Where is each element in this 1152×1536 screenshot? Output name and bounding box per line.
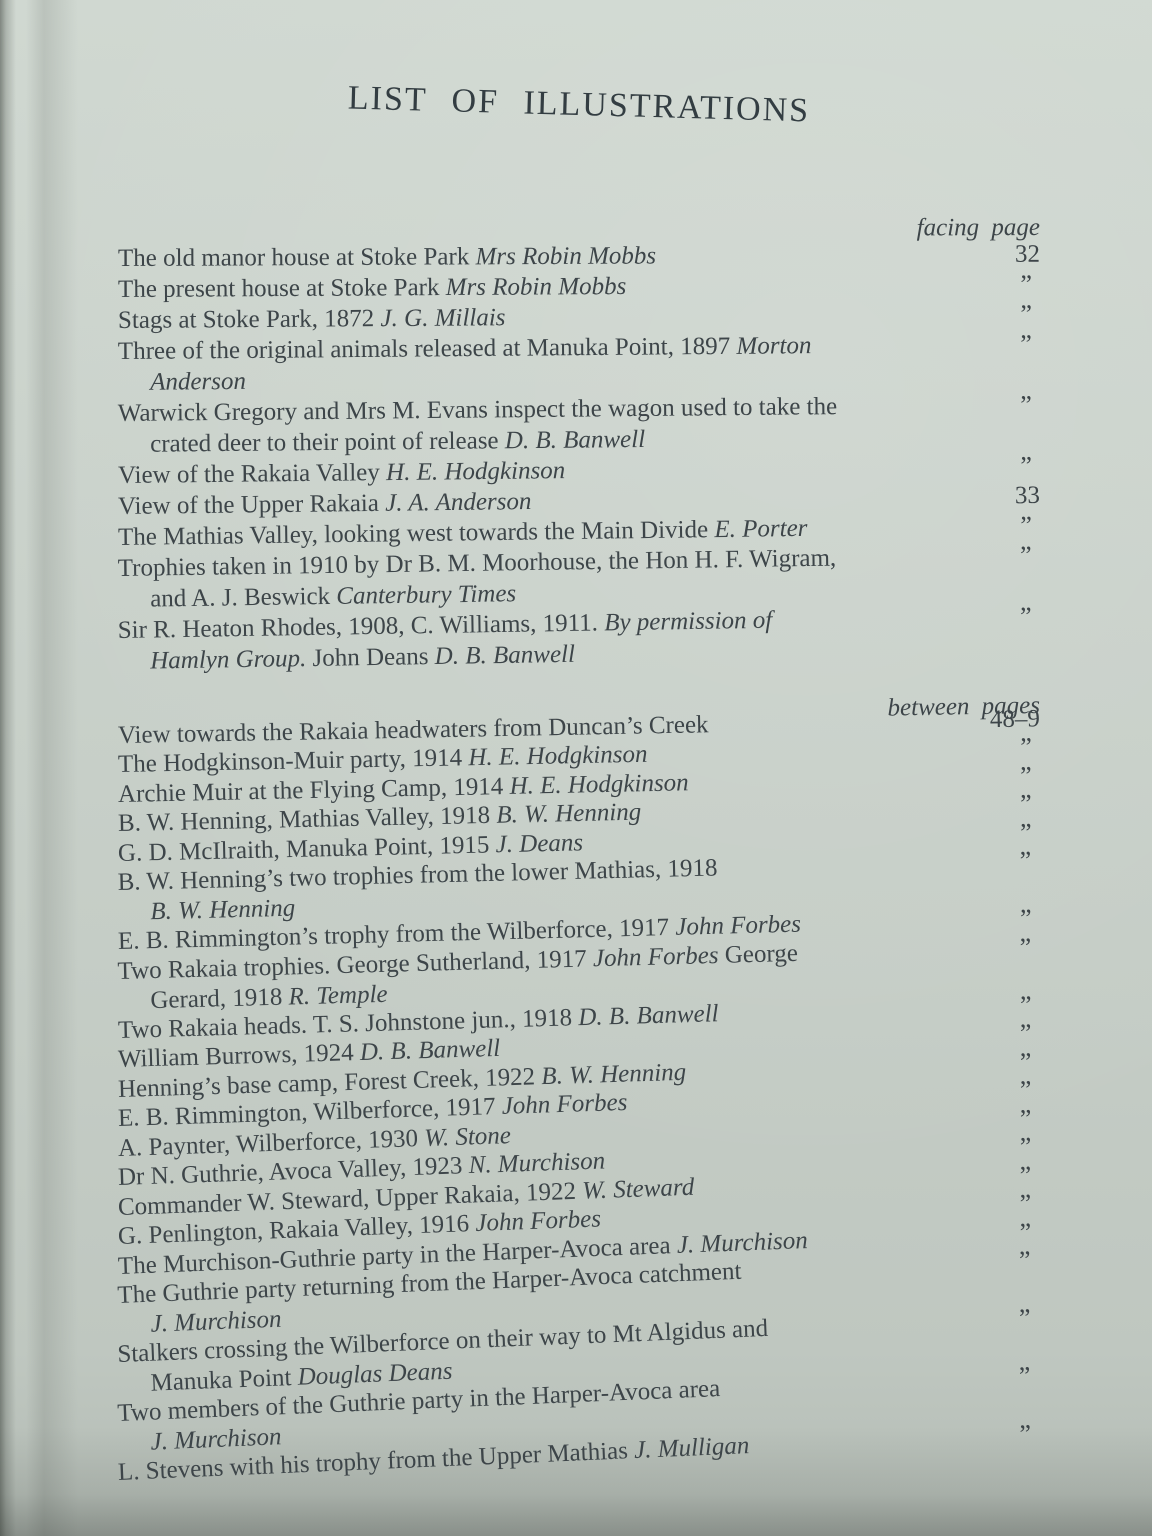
credit-text: E. Porter [714,515,807,543]
page-number: 33 [928,480,1040,512]
caption-text: crated deer to their point of release [150,427,505,457]
credit-text: J. Murchison [150,1423,282,1455]
entry-caption: Three of the original animals released a… [118,329,920,398]
ditto-mark: ” [920,450,1040,482]
list-entry: Three of the original animals released a… [118,328,1040,398]
page-number: 48–9 [928,704,1041,736]
credit-text: J. Murchison [150,1305,282,1337]
credit-text: W. Steward [582,1173,695,1204]
ditto-mark: ” [919,1018,1040,1051]
book-page: LIST OF ILLUSTRATIONS facing pageThe old… [0,0,1152,1536]
credit-text: B. W. Henning [541,1058,687,1089]
list-entry: Warwick Gregory and Mrs M. Evans inspect… [118,389,1041,460]
credit-text: J. Deans [495,829,583,858]
ditto-mark: ” [919,1419,1040,1454]
credit-text: John Forbes [675,911,801,941]
list-entry: Sir R. Heaton Rhodes, 1908, C. Williams,… [118,601,1041,677]
credit-text: John Forbes [593,941,719,971]
ditto-mark: ” [920,269,1040,301]
credit-text: Mrs Robin Mobbs [476,242,657,270]
ditto-mark: ” [919,540,1039,573]
credit-text: N. Murchison [468,1147,605,1179]
ditto-mark: ” [920,510,1040,543]
ditto-mark: ” [919,789,1040,821]
ditto-mark: ” [919,601,1039,634]
credit-text: Morton [736,332,811,360]
caption-text: Warwick Gregory and Mrs M. Evans inspect… [118,393,838,427]
caption-text: George [718,939,798,968]
credit-text: D. B. Banwell [505,426,646,454]
page-number: 32 [928,239,1040,271]
ditto-mark: ” [918,1303,1039,1337]
section-between-pages: between pagesView towards the Rakaia hea… [118,691,1040,1488]
caption-text: Manuka Point [150,1363,298,1396]
credit-text: J. Murchison [676,1226,808,1258]
page-title: LIST OF ILLUSTRATIONS [118,73,1041,137]
entry-caption: The old manor house at Stoke Park Mrs Ro… [118,239,928,274]
ditto-mark: ” [919,1075,1040,1108]
ditto-mark: ” [920,298,1040,330]
page-content: LIST OF ILLUSTRATIONS facing pageThe old… [118,0,1040,1488]
credit-text: John Forbes [475,1205,602,1237]
caption-text: The old manor house at Stoke Park [118,243,476,272]
caption-text: View of the Rakaia Valley [118,459,386,489]
caption-text: The present house at Stoke Park [118,274,446,303]
credit-text: B. W. Henning [496,799,641,829]
entry-caption: Sir R. Heaton Rhodes, 1908, C. Williams,… [118,602,921,677]
credit-text: By permission of [604,607,772,637]
ditto-mark: ” [920,389,1040,421]
section-facing-page: facing pageThe old manor house at Stoke … [118,212,1040,677]
credit-text: Canterbury Times [336,580,516,610]
caption-text: Three of the original animals released a… [118,333,737,365]
ditto-mark: ” [920,732,1041,764]
ditto-mark: ” [919,846,1040,878]
credit-text: J. A. Anderson [385,488,532,517]
ditto-mark: ” [920,328,1040,360]
ditto-mark: ” [919,904,1040,937]
credit-text: J. Mulligan [634,1432,750,1464]
caption-text: Gerard, 1918 [150,982,289,1013]
credit-text: B. W. Henning [150,894,296,925]
credit-text: H. E. Hodgkinson [468,741,648,771]
caption-text: View of the Upper Rakaia [118,490,385,520]
credit-text: D. B. Banwell [578,1000,719,1031]
credit-text: H. E. Hodgkinson [386,457,565,486]
ditto-mark: ” [918,1245,1039,1279]
illustrations-list: facing pageThe old manor house at Stoke … [118,212,1040,1488]
credit-text: R. Temple [288,980,388,1010]
credit-text: D. B. Banwell [360,1035,501,1066]
caption-text: Stags at Stoke Park, 1872 [118,305,381,334]
caption-text: Sir R. Heaton Rhodes, 1908, C. Williams,… [118,609,605,644]
credit-text: J. G. Millais [380,304,505,332]
ditto-mark: ” [918,1361,1039,1395]
credit-text: H. E. Hodgkinson [509,769,689,800]
ditto-mark: ” [919,932,1040,965]
credit-text: W. Stone [424,1122,511,1152]
credit-text: John Forbes [501,1089,627,1120]
credit-text: Hamlyn Group. [150,645,306,674]
ditto-mark: ” [919,817,1040,849]
credit-text: D. B. Banwell [434,641,575,670]
caption-text: and A. J. Beswick [150,583,336,613]
credit-text: Mrs Robin Mobbs [446,273,627,301]
caption-text: John Deans [306,643,435,672]
ditto-mark: ” [920,761,1041,793]
entry-caption: Warwick Gregory and Mrs M. Evans inspect… [118,390,921,460]
credit-text: Anderson [150,368,246,396]
